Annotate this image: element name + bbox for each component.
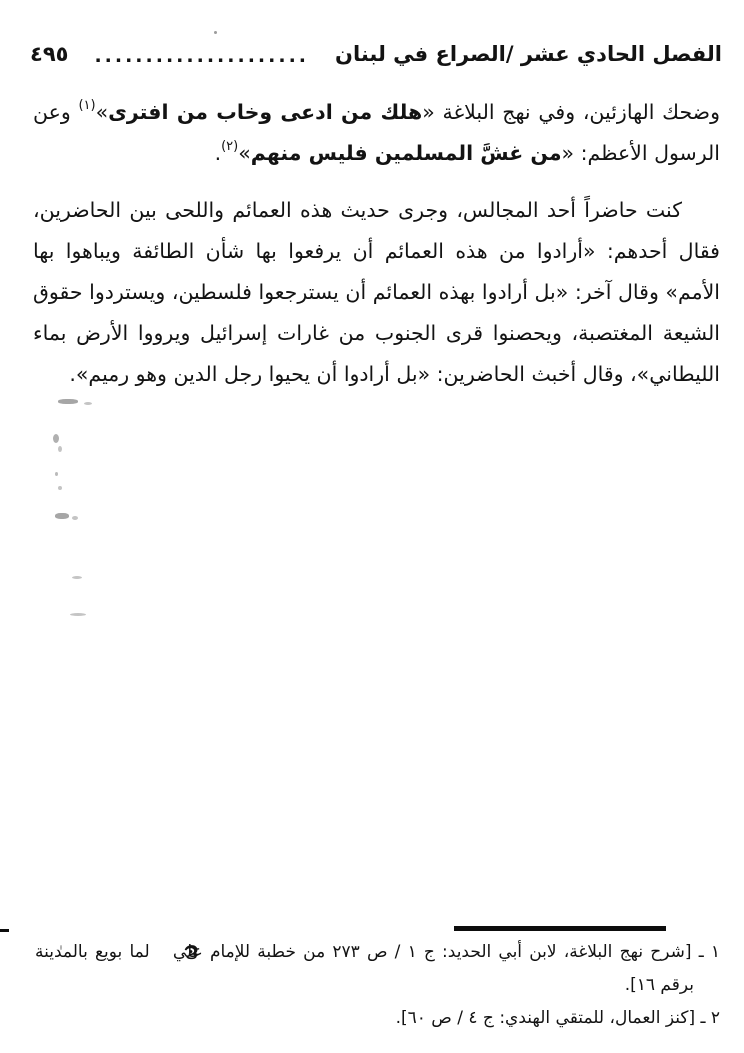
book-page: الفصل الحادي عشر /الصراع في لبنان ......… bbox=[0, 0, 744, 1053]
paragraph-2: كنت حاضراً أحد المجالس، وجرى حديث هذه ال… bbox=[33, 190, 720, 395]
p1-text: وضحك الهازئين، وفي نهج البلاغة « bbox=[422, 100, 720, 124]
alayhi-as-salam-seal-icon bbox=[158, 939, 172, 955]
scan-speck bbox=[55, 472, 58, 476]
footnote-separator-tick bbox=[0, 929, 9, 932]
page-number: ٤٩٥ bbox=[30, 38, 68, 72]
running-header: الفصل الحادي عشر /الصراع في لبنان ......… bbox=[30, 38, 722, 72]
scan-speck bbox=[58, 399, 78, 404]
scan-speck bbox=[70, 613, 86, 616]
footnote-ref-1: (١) bbox=[78, 98, 95, 113]
p1-quote-close-1: » bbox=[96, 100, 109, 124]
scan-speck bbox=[55, 513, 69, 519]
footnotes-block: ١ ـ [شرح نهج البلاغة، لابن أبي الحديد: ج… bbox=[35, 936, 720, 1035]
scan-speck bbox=[214, 31, 217, 34]
dot-leader: ..................... bbox=[68, 41, 335, 71]
p1-bold-quote-2: من غشَّ المسلمين فليس منهم bbox=[251, 141, 562, 165]
scan-speck bbox=[72, 516, 78, 520]
paragraph-1: وضحك الهازئين، وفي نهج البلاغة «هلك من ا… bbox=[33, 92, 720, 174]
footnote-ref-2: (٢) bbox=[221, 139, 238, 154]
chapter-title: الفصل الحادي عشر /الصراع في لبنان bbox=[335, 38, 722, 72]
scan-speck bbox=[72, 576, 82, 579]
scan-speck bbox=[84, 402, 92, 405]
p1-quote-close-2: » bbox=[238, 141, 251, 165]
scan-speck bbox=[58, 446, 62, 452]
footnote-2: ٢ ـ [كنز العمال، للمتقي الهندي: ج ٤ / ص … bbox=[35, 1002, 720, 1035]
p1-bold-quote-1: هلك من ادعى وخاب من افترى bbox=[108, 100, 422, 124]
footnote-separator-rule bbox=[454, 926, 666, 931]
footnote-1: ١ ـ [شرح نهج البلاغة، لابن أبي الحديد: ج… bbox=[35, 936, 720, 1002]
scan-speck bbox=[58, 486, 62, 490]
scan-speck bbox=[53, 434, 59, 443]
footnote-1-text: ١ ـ [شرح نهج البلاغة، لابن أبي الحديد: ج… bbox=[173, 942, 720, 962]
body-text: وضحك الهازئين، وفي نهج البلاغة «هلك من ا… bbox=[33, 92, 720, 395]
